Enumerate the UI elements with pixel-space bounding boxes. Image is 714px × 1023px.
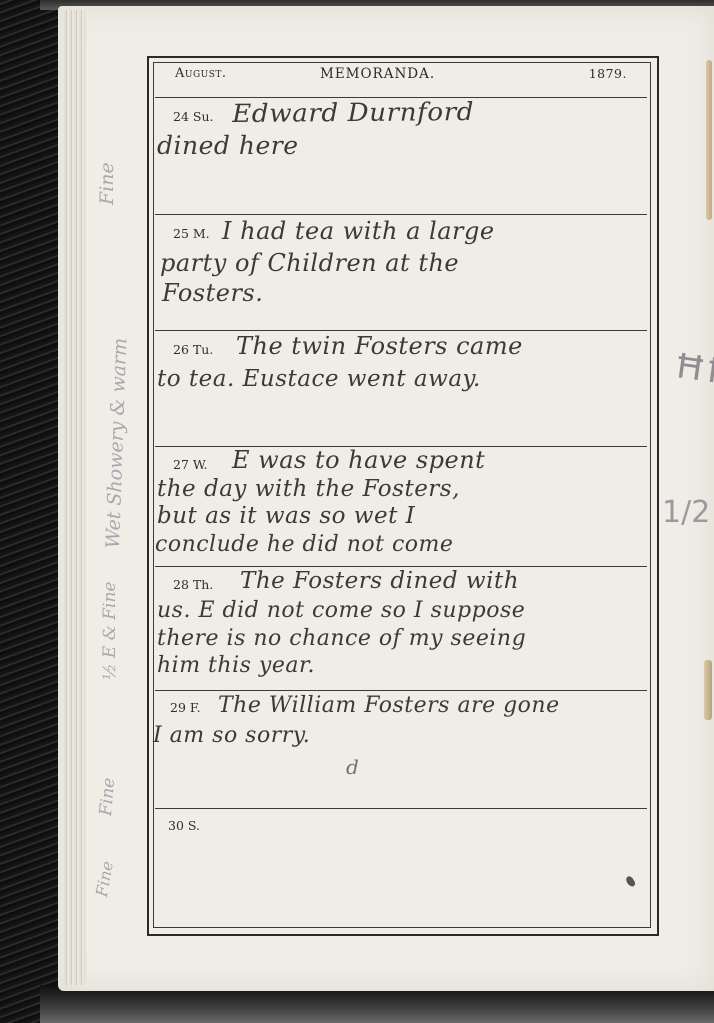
day-label: 28 Th.: [173, 577, 213, 592]
row-divider: [155, 690, 647, 691]
day-label: 30 S.: [168, 818, 200, 833]
pencil-note: Fine: [96, 777, 119, 817]
day-label: 24 Su.: [173, 109, 213, 124]
handwritten-line: conclude he did not come: [155, 531, 453, 558]
handwritten-line: him this year.: [157, 652, 315, 679]
row-divider: [155, 214, 647, 215]
handwritten-line: The William Fosters are gone: [218, 692, 560, 719]
day-label: 26 Tu.: [173, 342, 213, 357]
day-label: 27 W.: [173, 457, 208, 472]
row-divider: [155, 566, 647, 567]
page-header: August. MEMORANDA. 1879.: [175, 66, 635, 88]
page-tab-upper: [706, 60, 712, 220]
day-label: 25 M.: [173, 226, 210, 241]
handwritten-line: to tea. Eustace went away.: [157, 366, 481, 393]
handwritten-line: The Fosters dined with: [240, 568, 519, 595]
pencil-note: Fine: [96, 162, 118, 205]
handwritten-line: I am so sorry.: [153, 722, 310, 749]
handwritten-line: E was to have spent: [232, 447, 485, 474]
handwritten-line: Edward Durnford: [232, 98, 474, 127]
handwritten-line: The twin Fosters came: [236, 333, 523, 360]
stray-mark: d: [346, 754, 359, 781]
header-month: August.: [175, 66, 227, 81]
page-tab-lower: [704, 660, 712, 720]
handwritten-line: dined here: [157, 132, 299, 159]
pencil-note: ½ E & Fine: [100, 582, 120, 680]
handwritten-line: I had tea with a large: [222, 218, 495, 245]
day-label: 29 F.: [170, 700, 201, 715]
handwritten-line: Fosters.: [162, 280, 263, 307]
handwritten-line: but as it was so wet I: [157, 503, 415, 530]
handwritten-line: the day with the Fosters,: [157, 476, 460, 503]
row-divider: [155, 330, 647, 331]
handwritten-line: there is no chance of my seeing: [157, 625, 526, 652]
pencil-fraction: 1/2: [662, 495, 710, 530]
handwritten-line: us. E did not come so I suppose: [157, 597, 525, 624]
page-edges: [64, 10, 86, 985]
header-title: MEMORANDA.: [320, 66, 435, 82]
header-year: 1879.: [589, 66, 627, 81]
row-divider: [155, 808, 647, 809]
handwritten-line: party of Children at the: [160, 250, 459, 277]
